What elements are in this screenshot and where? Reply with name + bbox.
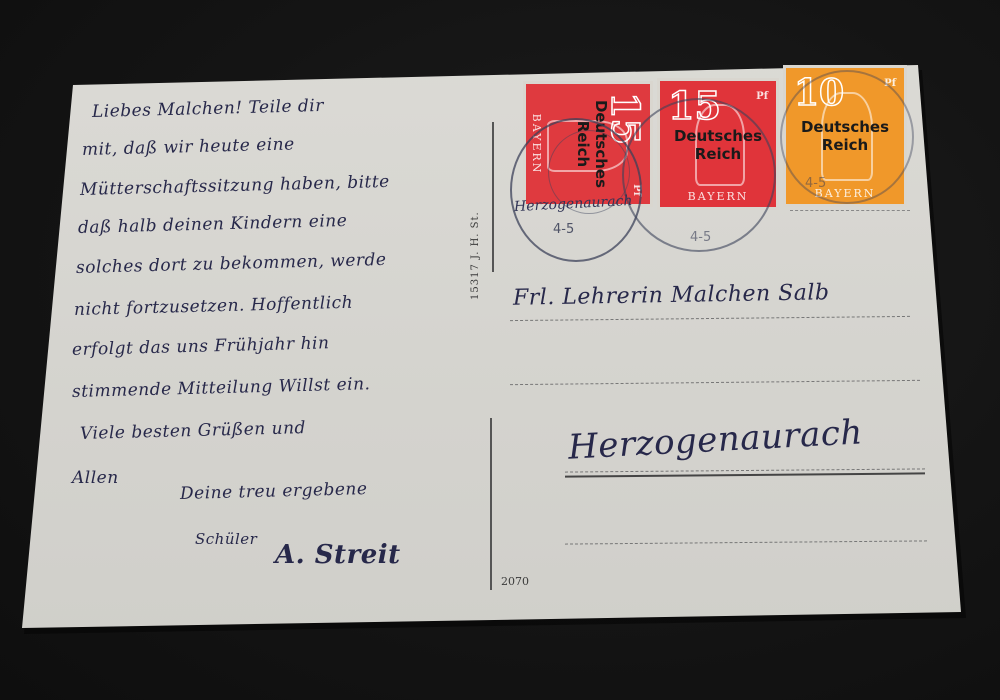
postmark-circle (622, 98, 776, 252)
stamp-guide-line (790, 210, 910, 211)
card-number: 2070 (501, 575, 529, 588)
postmark-circle (780, 70, 914, 204)
center-divider (492, 122, 494, 272)
center-divider (490, 418, 492, 590)
postmark-date: 4-5 (805, 176, 826, 191)
postmark-date: 4-5 (553, 222, 574, 237)
postmark-date: 4-5 (690, 230, 711, 245)
signature: A. Streit (275, 540, 401, 570)
message-line: Schüler (195, 530, 257, 548)
postcard: Liebes Malchen! Teile dir mit, daß wir h… (0, 0, 1000, 700)
printer-imprint: 15317 J. H. St. (470, 211, 481, 300)
message-line: Allen (72, 468, 119, 488)
